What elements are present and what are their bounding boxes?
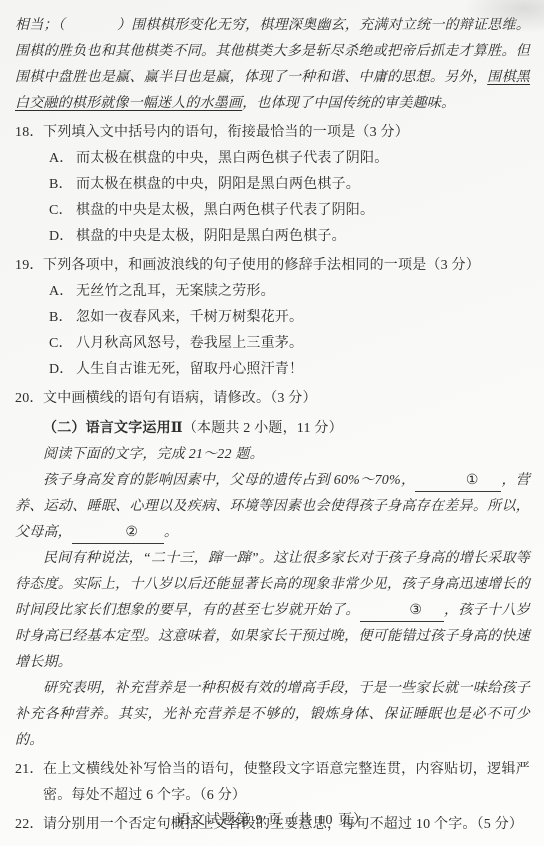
question-18: 18． 下列填入文中括号内的语句，衔接最恰当的一项是（3 分） A． 而太极在棋…: [15, 120, 530, 250]
option-label: C．: [49, 198, 76, 224]
question-19: 19． 下列各项中，和画波浪线的句子使用的修辞手法相同的一项是（3 分） A． …: [15, 253, 530, 383]
option-label: B．: [49, 172, 76, 198]
passage-go-open: 相当；（: [15, 18, 65, 33]
page-footer: 语文试题第 9 页（共 10 页）: [0, 808, 544, 834]
passage-go: 相当；（）围棋棋形变化无穷，棋理深奥幽玄，充满对立统一的辩证思维。围棋的胜负也和…: [15, 13, 530, 117]
option-text: 棋盘的中央是太极，黑白两色棋子代表了阴阳。: [76, 198, 530, 224]
height-passage-para-1: 孩子身高发育的影响因素中，父母的遗传占到 60%～70%，①，营养、运动、睡眠、…: [15, 468, 530, 546]
option-text: 棋盘的中央是太极，阴阳是黑白两色棋子。: [76, 224, 530, 250]
question-stem: 下列各项中，和画波浪线的句子使用的修辞手法相同的一项是（3 分）: [43, 253, 530, 279]
height-passage-para-2: 民间有种说法，“二十三，蹿一蹿”。这让很多家长对于孩子身高的增长采取等待态度。实…: [15, 546, 530, 676]
exam-page: 相当；（）围棋棋形变化无穷，棋理深奥幽玄，充满对立统一的辩证思维。围棋的胜负也和…: [0, 0, 544, 846]
blank-3: ③: [360, 601, 444, 622]
option-label: D．: [49, 357, 76, 383]
question-18-option-c: C． 棋盘的中央是太极，黑白两色棋子代表了阴阳。: [15, 198, 530, 224]
scan-noise: [464, 0, 544, 34]
blank-2: ②: [72, 523, 164, 544]
option-text: 人生自古谁无死，留取丹心照汗青！: [76, 357, 530, 383]
question-18-option-a: A． 而太极在棋盘的中央，黑白两色棋子代表了阴阳。: [15, 146, 530, 172]
question-19-option-d: D． 人生自古谁无死，留取丹心照汗青！: [15, 357, 530, 383]
option-text: 八月秋高风怒号，卷我屋上三重茅。: [76, 331, 530, 357]
option-label: D．: [49, 224, 76, 250]
option-text: 而太极在棋盘的中央，黑白两色棋子代表了阴阳。: [76, 146, 530, 172]
question-stem: 下列填入文中括号内的语句，衔接最恰当的一项是（3 分）: [43, 120, 530, 146]
question-stem: 在上文横线处补写恰当的语句，使整段文字语意完整连贯，内容贴切，逻辑严密。每处不超…: [43, 757, 530, 809]
para-1-text: 孩子身高发育的影响因素中，父母的遗传占到 60%～70%，: [43, 473, 415, 488]
option-label: B．: [49, 305, 76, 331]
blank-1-number: ①: [466, 473, 479, 488]
question-20: 20． 文中画横线的语句有语病，请修改。（3 分）: [15, 386, 530, 412]
passage-go-tail: ，也体现了中国传统的审美趣味。: [242, 96, 455, 111]
blank-1: ①: [415, 471, 501, 492]
blank-3-number: ③: [409, 603, 422, 618]
question-18-option-d: D． 棋盘的中央是太极，阴阳是黑白两色棋子。: [15, 224, 530, 250]
option-label: C．: [49, 331, 76, 357]
question-19-stem-row: 19． 下列各项中，和画波浪线的句子使用的修辞手法相同的一项是（3 分）: [15, 253, 530, 279]
section-2-heading: （二）语言文字运用Ⅱ（本题共 2 小题，11 分）: [15, 416, 530, 442]
question-20-stem-row: 20． 文中画横线的语句有语病，请修改。（3 分）: [15, 386, 530, 412]
question-19-option-a: A． 无丝竹之乱耳，无案牍之劳形。: [15, 279, 530, 305]
option-label: A．: [49, 146, 76, 172]
reading-instruction: 阅读下面的文字，完成 21～22 题。: [15, 442, 530, 468]
option-label: A．: [49, 279, 76, 305]
question-number: 19．: [15, 253, 43, 279]
question-18-option-b: B． 而太极在棋盘的中央，阴阳是黑白两色棋子。: [15, 172, 530, 198]
option-text: 而太极在棋盘的中央，阴阳是黑白两色棋子。: [76, 172, 530, 198]
question-19-option-b: B． 忽如一夜春风来，千树万树梨花开。: [15, 305, 530, 331]
question-19-option-c: C． 八月秋高风怒号，卷我屋上三重茅。: [15, 331, 530, 357]
question-stem: 文中画横线的语句有语病，请修改。（3 分）: [43, 386, 530, 412]
section-title: （二）语言文字运用Ⅱ: [43, 421, 183, 436]
blank-2-number: ②: [125, 525, 138, 540]
option-text: 无丝竹之乱耳，无案牍之劳形。: [76, 279, 530, 305]
question-21-stem-row: 21． 在上文横线处补写恰当的语句，使整段文字语意完整连贯，内容贴切，逻辑严密。…: [15, 757, 530, 809]
question-number: 21．: [15, 757, 43, 809]
option-text: 忽如一夜春风来，千树万树梨花开。: [76, 305, 530, 331]
passage-go-body: ）围棋棋形变化无穷，棋理深奥幽玄，充满对立统一的辩证思维。围棋的胜负也和其他棋类…: [15, 18, 530, 85]
question-number: 18．: [15, 120, 43, 146]
question-18-stem-row: 18． 下列填入文中括号内的语句，衔接最恰当的一项是（3 分）: [15, 120, 530, 146]
question-21: 21． 在上文横线处补写恰当的语句，使整段文字语意完整连贯，内容贴切，逻辑严密。…: [15, 757, 530, 809]
question-number: 20．: [15, 386, 43, 412]
para-1-text: 。: [164, 525, 178, 540]
height-passage-para-3: 研究表明，补充营养是一种积极有效的增高手段，于是一些家长就一味给孩子补充各种营养…: [15, 676, 530, 754]
section-meta: （本题共 2 小题，11 分）: [183, 421, 343, 436]
